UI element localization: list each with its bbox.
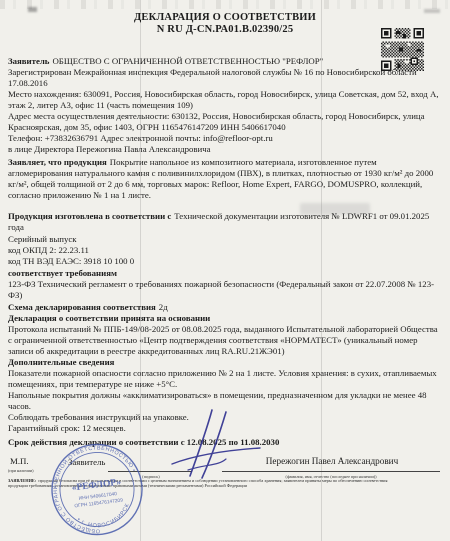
applicant-name: ОБЩЕСТВО С ОГРАНИЧЕННОЙ ОТВЕТСТВЕННОСТЬЮ… (52, 56, 323, 66)
stamp-place-note: (при наличии) (8, 468, 33, 473)
tnved-code-line: код ТН ВЭД ЕАЭС: 3918 10 100 0 (8, 256, 440, 267)
statement-label: ЗАЯВЛЕНИЕ: (8, 478, 36, 483)
activity-address-line: Адрес места осуществления деятельности: … (8, 111, 440, 133)
handwritten-signature (168, 406, 264, 490)
scheme-label: Схема декларирования соответствия (8, 302, 156, 312)
product-label: Заявляет, что продукция (8, 157, 107, 167)
applicant-line: ЗаявительОБЩЕСТВО С ОГРАНИЧЕННОЙ ОТВЕТСТ… (8, 56, 440, 67)
contacts-line: Телефон: +73832636791 Адрес электронной … (8, 133, 440, 144)
location-line: Место нахождения: 630091, Россия, Новоси… (8, 89, 440, 111)
okpd-code-line: код ОКПД 2: 22.23.11 (8, 245, 440, 256)
basis-text: Протокола испытаний № ППБ-149/08-2025 от… (8, 324, 440, 357)
basis-label: Декларация о соответствии принята на осн… (8, 313, 440, 324)
requirements-label: соответствует требованиям (8, 268, 440, 279)
manufactured-line: Продукция изготовлена в соответствии сТе… (8, 211, 440, 233)
product-declaration: Заявляет, что продукцияПокрытие напольно… (8, 157, 440, 201)
stamp-place-label: М.П. (10, 456, 29, 466)
serial-line: Серийный выпуск (8, 234, 440, 245)
scheme-value: 2д (159, 302, 168, 312)
document-title: ДЕКЛАРАЦИЯ О СООТВЕТСТВИИ (0, 12, 450, 24)
document-body: ЗаявительОБЩЕСТВО С ОГРАНИЧЕННОЙ ОТВЕТСТ… (0, 36, 450, 448)
registration-line: Зарегистрирован Межрайонная инспекция Фе… (8, 67, 440, 89)
stamp-company-name: «РЕФЛОР» (71, 478, 122, 494)
declaration-of-conformity-document: ДЕКЛАРАЦИЯ О СООТВЕТСТВИИ N RU Д-CN.РА01… (0, 0, 450, 541)
requirements-text: 123-ФЗ Технический регламент о требовани… (8, 279, 440, 301)
representative-line: в лице Директора Пережогина Павла Алекса… (8, 144, 440, 155)
applicant-label: Заявитель (8, 56, 49, 66)
manufactured-label: Продукция изготовлена в соответствии с (8, 211, 171, 221)
scheme-line: Схема декларирования соответствия2д (8, 302, 440, 313)
additional-line: Показатели пожарной опасности согласно п… (8, 368, 440, 390)
company-round-stamp: ОБЩЕСТВО С ОГРАНИЧЕННОЙ ОТВЕТСТВЕННОСТЬЮ… (43, 433, 151, 541)
additional-label: Дополнительные сведения (8, 357, 440, 368)
